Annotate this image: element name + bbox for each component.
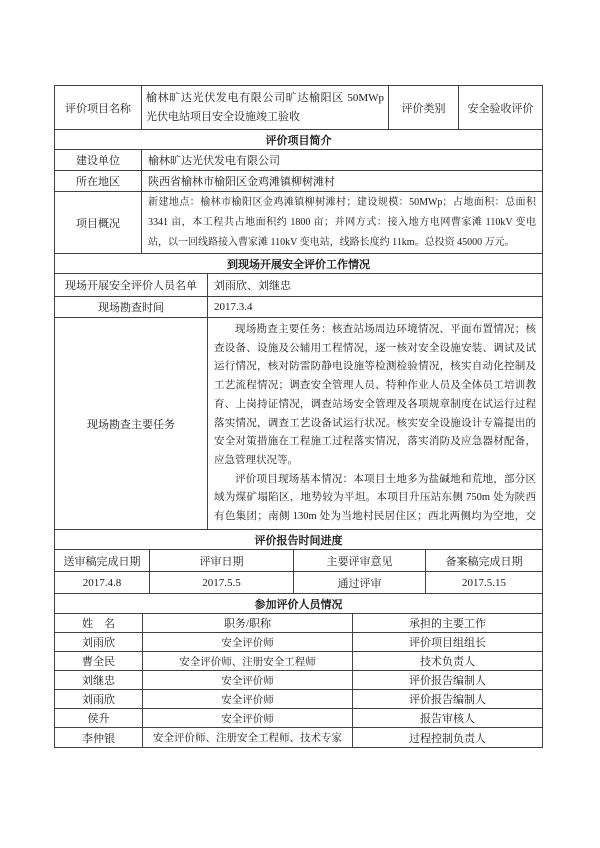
survey-tasks-label: 现场勘查主要任务 xyxy=(55,318,208,529)
location-label: 所在地区 xyxy=(55,171,142,191)
personnel-work: 评价项目组组长 xyxy=(353,633,542,651)
personnel-header-name: 姓 名 xyxy=(55,614,143,632)
schedule-header-record-date: 备案稿完成日期 xyxy=(426,550,542,571)
personnel-row-6: 李仲银 安全评价师、注册安全工程师、技术专家 过程控制负责人 xyxy=(55,728,542,747)
location-row: 所在地区 陕西省榆林市榆阳区金鸡滩镇柳树滩村 xyxy=(55,171,542,192)
evaluator-roster-row: 现场开展安全评价人员名单 刘雨欣、刘继忠 xyxy=(55,274,542,297)
project-overview-label: 项目概况 xyxy=(55,192,142,253)
site-section-title: 到现场开展安全评价工作情况 xyxy=(55,254,542,273)
evaluator-roster-label: 现场开展安全评价人员名单 xyxy=(55,274,208,296)
project-overview-row: 项目概况 新建地点：榆林市榆阳区金鸡滩镇柳树滩村；建设规模：50MWp；占地面积… xyxy=(55,192,542,254)
personnel-name: 刘雨欣 xyxy=(55,690,143,708)
schedule-values-row: 2017.4.8 2017.5.5 通过评审 2017.5.15 xyxy=(55,572,542,594)
intro-section-header: 评价项目简介 xyxy=(55,130,542,150)
personnel-name: 侯升 xyxy=(55,709,143,727)
personnel-title: 安全评价师、注册安全工程师 xyxy=(143,652,353,670)
survey-time-row: 现场勘查时间 2017.3.4 xyxy=(55,297,542,318)
category-label: 评价类别 xyxy=(389,86,459,129)
personnel-work: 过程控制负责人 xyxy=(353,728,542,747)
schedule-section-header: 评价报告时间进度 xyxy=(55,530,542,550)
personnel-name: 刘继忠 xyxy=(55,671,143,689)
site-section-header: 到现场开展安全评价工作情况 xyxy=(55,254,542,274)
project-title-row: 评价项目名称 榆林旷达光伏发电有限公司旷达榆阳区 50MWp 光伏电站项目安全设… xyxy=(55,86,542,130)
evaluation-summary-table: 评价项目名称 榆林旷达光伏发电有限公司旷达榆阳区 50MWp 光伏电站项目安全设… xyxy=(54,85,543,748)
personnel-header-title: 职务/职称 xyxy=(143,614,353,632)
personnel-row-2: 曹全民 安全评价师、注册安全工程师 技术负责人 xyxy=(55,652,542,671)
personnel-title: 安全评价师 xyxy=(143,709,353,727)
schedule-value-review-opinion: 通过评审 xyxy=(294,572,426,593)
evaluator-roster-value: 刘雨欣、刘继忠 xyxy=(208,274,542,296)
survey-paragraph-2: 评价项目现场基本情况：本项目土地多为盐碱地和荒地，部分区域为煤矿塌陷区，地势较为… xyxy=(214,471,536,529)
schedule-value-draft-date: 2017.4.8 xyxy=(55,572,150,593)
personnel-title: 安全评价师、注册安全工程师、技术专家 xyxy=(143,728,353,747)
schedule-header-review-date: 评审日期 xyxy=(150,550,294,571)
survey-time-value: 2017.3.4 xyxy=(208,297,542,317)
personnel-work: 评价报告编制人 xyxy=(353,690,542,708)
personnel-work: 报告审核人 xyxy=(353,709,542,727)
personnel-name: 李仲银 xyxy=(55,728,143,747)
personnel-title: 安全评价师 xyxy=(143,671,353,689)
document-page: 评价项目名称 榆林旷达光伏发电有限公司旷达榆阳区 50MWp 光伏电站项目安全设… xyxy=(0,0,600,848)
survey-paragraph-1: 现场勘查主要任务：核查站场周边环境情况、平面布置情况；核查设备、设施及公辅用工程… xyxy=(214,321,536,471)
category-value: 安全验收评价 xyxy=(459,86,542,129)
project-name-label: 评价项目名称 xyxy=(55,86,142,129)
project-name-value: 榆林旷达光伏发电有限公司旷达榆阳区 50MWp 光伏电站项目安全设施竣工验收 xyxy=(142,86,389,129)
personnel-name: 刘雨欣 xyxy=(55,633,143,651)
personnel-name: 曹全民 xyxy=(55,652,143,670)
intro-section-title: 评价项目简介 xyxy=(55,130,542,149)
personnel-row-3: 刘继忠 安全评价师 评价报告编制人 xyxy=(55,671,542,690)
schedule-value-review-date: 2017.5.5 xyxy=(150,572,294,593)
personnel-header-row: 姓 名 职务/职称 承担的主要工作 xyxy=(55,614,542,633)
project-overview-value: 新建地点：榆林市榆阳区金鸡滩镇柳树滩村；建设规模：50MWp；占地面积：总面积 … xyxy=(142,192,542,253)
survey-time-label: 现场勘查时间 xyxy=(55,297,208,317)
personnel-section-title: 参加评价人员情况 xyxy=(55,594,542,613)
personnel-row-1: 刘雨欣 安全评价师 评价项目组组长 xyxy=(55,633,542,652)
schedule-value-record-date: 2017.5.15 xyxy=(426,572,542,593)
schedule-header-draft-date: 送审稿完成日期 xyxy=(55,550,150,571)
construction-unit-label: 建设单位 xyxy=(55,150,142,170)
personnel-work: 评价报告编制人 xyxy=(353,671,542,689)
personnel-section-header: 参加评价人员情况 xyxy=(55,594,542,614)
schedule-section-title: 评价报告时间进度 xyxy=(55,530,542,549)
schedule-header-row: 送审稿完成日期 评审日期 主要评审意见 备案稿完成日期 xyxy=(55,550,542,572)
survey-tasks-row: 现场勘查主要任务 现场勘查主要任务：核查站场周边环境情况、平面布置情况；核查设备… xyxy=(55,318,542,530)
personnel-row-5: 侯升 安全评价师 报告审核人 xyxy=(55,709,542,728)
personnel-title: 安全评价师 xyxy=(143,633,353,651)
schedule-header-review-opinion: 主要评审意见 xyxy=(294,550,426,571)
survey-tasks-value: 现场勘查主要任务：核查站场周边环境情况、平面布置情况；核查设备、设施及公辅用工程… xyxy=(208,318,542,529)
personnel-title: 安全评价师 xyxy=(143,690,353,708)
personnel-row-4: 刘雨欣 安全评价师 评价报告编制人 xyxy=(55,690,542,709)
construction-unit-value: 榆林旷达光伏发电有限公司 xyxy=(142,150,542,170)
personnel-header-work: 承担的主要工作 xyxy=(353,614,542,632)
location-value: 陕西省榆林市榆阳区金鸡滩镇柳树滩村 xyxy=(142,171,542,191)
personnel-work: 技术负责人 xyxy=(353,652,542,670)
construction-unit-row: 建设单位 榆林旷达光伏发电有限公司 xyxy=(55,150,542,171)
